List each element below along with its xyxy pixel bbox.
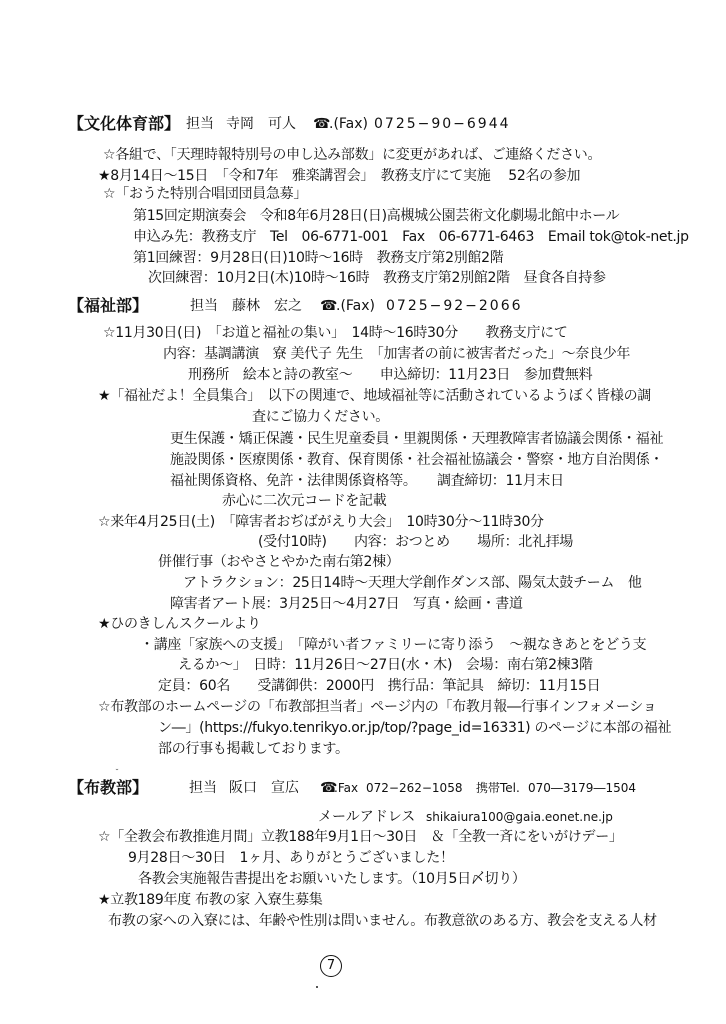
text-line: ★「福祉だよ！全員集合」 以下の関連で、地域福祉等に活動されているようぼく皆様の… bbox=[98, 387, 651, 405]
text-line: 査にご協力ください。 bbox=[252, 408, 389, 426]
scan-speck bbox=[316, 986, 318, 988]
scan-mark: ˘ bbox=[115, 768, 119, 777]
section-heading: 【布教部】 bbox=[68, 778, 148, 798]
text-line: 内容：基調講演 寮 美代子 先生 「加害者の前に被害者だった」〜奈良少年 bbox=[163, 345, 630, 363]
text-line: 次回練習：10月2日(木)10時〜16時 教務支庁第2別館2階 昼食各自持参 bbox=[148, 269, 606, 287]
text-line: ☆「おうた特別合唱団団員急募」 bbox=[103, 185, 307, 203]
text-line: ★立教189年度 布教の家 入寮生募集 bbox=[98, 891, 322, 909]
contact-label: 担当 bbox=[190, 296, 218, 316]
telephone-icon: ☎ bbox=[313, 114, 330, 134]
contact-label: 担当 bbox=[189, 778, 217, 798]
mobile-number: 070―3179―1504 bbox=[528, 778, 636, 798]
text-line: ☆11月30日(日) 「お道と福祉の集い」 14時〜16時30分 教務支庁にて bbox=[103, 324, 568, 342]
text-line: 施設関係・医療関係・教育、保育関係・社会福祉協議会・警察・地方自治関係・ bbox=[170, 451, 663, 469]
text-line: ☆「全教会布教推進月間」立教188年9月1日〜30日 ＆「全教一斉にをいがけデー… bbox=[98, 828, 623, 846]
phone-number: 0725−92−2066 bbox=[386, 296, 523, 316]
text-line: 刑務所 絵本と詩の教室〜 申込締切：11月23日 参加費無料 bbox=[188, 366, 592, 384]
text-line: 部の行事も掲載しております。 bbox=[158, 740, 349, 758]
section-heading: 【文化体育部】 bbox=[68, 114, 180, 134]
text-line: 定員：60名 受講御供：2000円 携行品：筆記具 締切：11月15日 bbox=[158, 677, 600, 695]
fax-label: .(Fax) bbox=[329, 114, 368, 134]
text-line: 併催行事（おやさとやかた南右第2棟） bbox=[158, 553, 400, 571]
text-line: アトラクション：25日14時〜天理大学創作ダンス部、陽気太鼓チーム 他 bbox=[183, 574, 642, 592]
telephone-icon: ☎ bbox=[320, 296, 337, 316]
text-line: 赤心に二次元コードを記載 bbox=[222, 492, 386, 510]
email-address: shikaiura100@gaia.eonet.ne.jp bbox=[426, 807, 613, 827]
email-label: メールアドレス bbox=[318, 807, 415, 827]
text-line: 9月28日〜30日 1ヶ月、ありがとうございました！ bbox=[128, 849, 454, 867]
section-heading: 【福祉部】 bbox=[68, 296, 148, 316]
text-line: 第1回練習：9月28日(日)10時〜16時 教務支庁第2別館2階 bbox=[133, 249, 503, 267]
contact-name: 阪口 宣広 bbox=[229, 778, 299, 798]
text-line: ★ひのきしんスクールより bbox=[98, 615, 261, 633]
text-line: ★8月14日〜15日 「令和7年 雅楽講習会」 教務支庁にて実施 52名の参加 bbox=[98, 167, 580, 185]
text-line: 申込み先：教務支庁 Tel 06-6771-001 Fax 06-6771-64… bbox=[133, 228, 689, 246]
text-line: ☆布教部のホームページの「布教部担当者」ページ内の「布教月報―行事インフォメーシ… bbox=[98, 698, 656, 716]
text-line: えるか〜」 日時：11月26日〜27日(水・木) 会場：南右第2棟3階 bbox=[178, 656, 593, 674]
text-line: ・講座「家族への支援」 「障がい者ファミリーに寄り添う 〜親なきあとをどう支 bbox=[140, 636, 646, 654]
text-line: ン―」(https://fukyo.tenrikyo.or.jp/top/?pa… bbox=[158, 719, 671, 737]
contact-name: 藤林 宏之 bbox=[232, 296, 302, 316]
text-line: ☆各組で、「天理時報特別号の申し込み部数」に変更があれば、ご連絡ください。 bbox=[103, 146, 601, 164]
contact-label: 担当 bbox=[186, 114, 214, 134]
fax-label: .(Fax) bbox=[336, 296, 375, 316]
text-line: 第15回定期演奏会 令和8年6月28日(日)高槻城公園芸術文化劇場北館中ホール bbox=[133, 207, 619, 225]
page-number: 7 bbox=[320, 955, 342, 977]
contact-name: 寺岡 可人 bbox=[226, 114, 296, 134]
text-line: 各教会実施報告書提出をお願いいたします。（10月5日〆切り） bbox=[138, 870, 526, 888]
fax-label: .Fax bbox=[334, 778, 358, 798]
text-line: 更生保護・矯正保護・民生児童委員・里親関係・天理教障害者協議会関係・福祉 bbox=[170, 430, 663, 448]
fax-number: 072−262−1058 bbox=[366, 778, 462, 798]
mobile-label: 携帯Tel. bbox=[476, 778, 520, 798]
text-line: (受付10時) 内容：おつとめ 場所：北礼拝場 bbox=[258, 533, 573, 551]
phone-number: 0725−90−6944 bbox=[374, 114, 511, 134]
text-line: ☆来年4月25日(土) 「障害者おぢばがえり大会」 10時30分〜11時30分 bbox=[98, 513, 544, 531]
text-line: 福祉関係資格、免許・法律関係資格等。 調査締切：11月末日 bbox=[170, 472, 564, 490]
text-line: 布教の家への入寮には、年齢や性別は問いません。布教意欲のある方、教会を支える人材 bbox=[108, 912, 657, 930]
text-line: 障害者アート展：3月25日〜4月27日 写真・絵画・書道 bbox=[170, 595, 523, 613]
